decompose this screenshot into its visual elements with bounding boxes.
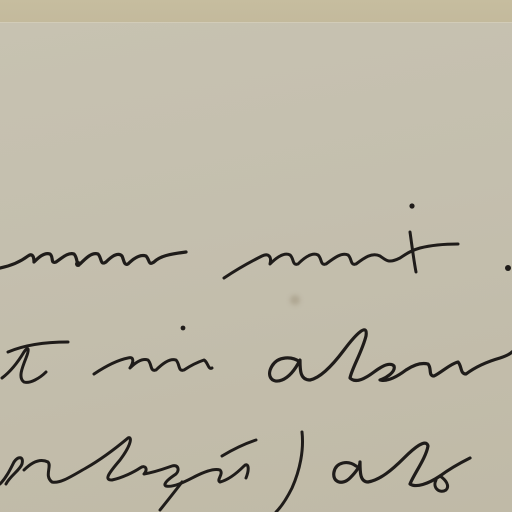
handwriting-line-3 bbox=[0, 432, 470, 512]
handwriting bbox=[0, 0, 512, 512]
handwriting-line-1 bbox=[0, 203, 511, 278]
handwriting-line-2 bbox=[2, 326, 512, 383]
